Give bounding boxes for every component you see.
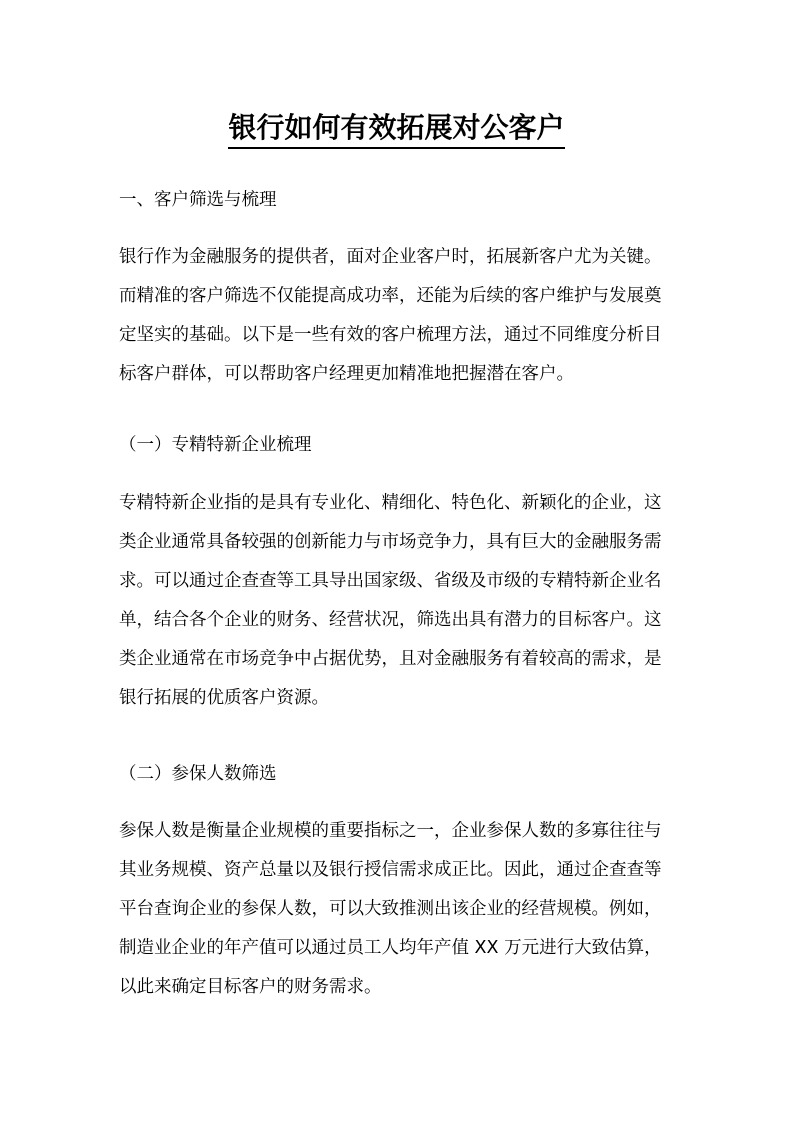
paragraph-line: 银行拓展的优质客户资源。 (119, 679, 679, 718)
section-heading: 一、客户筛选与梳理 (119, 188, 679, 212)
paragraph-line: 制造业企业的年产值可以通过员工人均年产值 XX 万元进行大致估算， (119, 929, 679, 968)
section-paragraph-1: 银行作为金融服务的提供者，面对企业客户时，拓展新客户尤为关键。 而精准的客户筛选… (119, 238, 679, 394)
paragraph-line: 标客户群体，可以帮助客户经理更加精准地把握潜在客户。 (119, 355, 679, 394)
paragraph-line: 单，结合各个企业的财务、经营状况，筛选出具有潜力的目标客户。这 (119, 601, 679, 640)
paragraph-line: 平台查询企业的参保人数，可以大致推测出该企业的经营规模。例如， (119, 890, 679, 929)
paragraph-line: 定坚实的基础。以下是一些有效的客户梳理方法，通过不同维度分析目 (119, 316, 679, 355)
paragraph-line: 类企业通常在市场竞争中占据优势，且对金融服务有着较高的需求，是 (119, 640, 679, 679)
paragraph-line: 而精准的客户筛选不仅能提高成功率，还能为后续的客户维护与发展奠 (119, 277, 679, 316)
section-paragraph-2: 专精特新企业指的是具有专业化、精细化、特色化、新颖化的企业，这 类企业通常具备较… (119, 484, 679, 718)
paragraph-line: 专精特新企业指的是具有专业化、精细化、特色化、新颖化的企业，这 (119, 484, 679, 523)
section-paragraph-3: 参保人数是衡量企业规模的重要指标之一，企业参保人数的多寡往往与 其业务规模、资产… (119, 812, 679, 1007)
document-title: 银行如何有效拓展对公客户 (228, 110, 564, 149)
section-heading: （二）参保人数筛选 (119, 762, 679, 786)
paragraph-line: 其业务规模、资产总量以及银行授信需求成正比。因此，通过企查查等 (119, 851, 679, 890)
section-heading-2: （一）专精特新企业梳理 (119, 433, 679, 457)
section-heading-3: （二）参保人数筛选 (119, 762, 679, 786)
paragraph-line: 求。可以通过企查查等工具导出国家级、省级及市级的专精特新企业名 (119, 562, 679, 601)
document-title-container: 银行如何有效拓展对公客户 (0, 110, 793, 149)
section-heading-1: 一、客户筛选与梳理 (119, 188, 679, 212)
paragraph-line: 类企业通常具备较强的创新能力与市场竞争力，具有巨大的金融服务需 (119, 523, 679, 562)
document-page: 银行如何有效拓展对公客户 一、客户筛选与梳理 银行作为金融服务的提供者，面对企业… (0, 0, 793, 1122)
paragraph-line: 银行作为金融服务的提供者，面对企业客户时，拓展新客户尤为关键。 (119, 238, 679, 277)
paragraph-line: 以此来确定目标客户的财务需求。 (119, 968, 679, 1007)
section-heading: （一）专精特新企业梳理 (119, 433, 679, 457)
paragraph-line: 参保人数是衡量企业规模的重要指标之一，企业参保人数的多寡往往与 (119, 812, 679, 851)
